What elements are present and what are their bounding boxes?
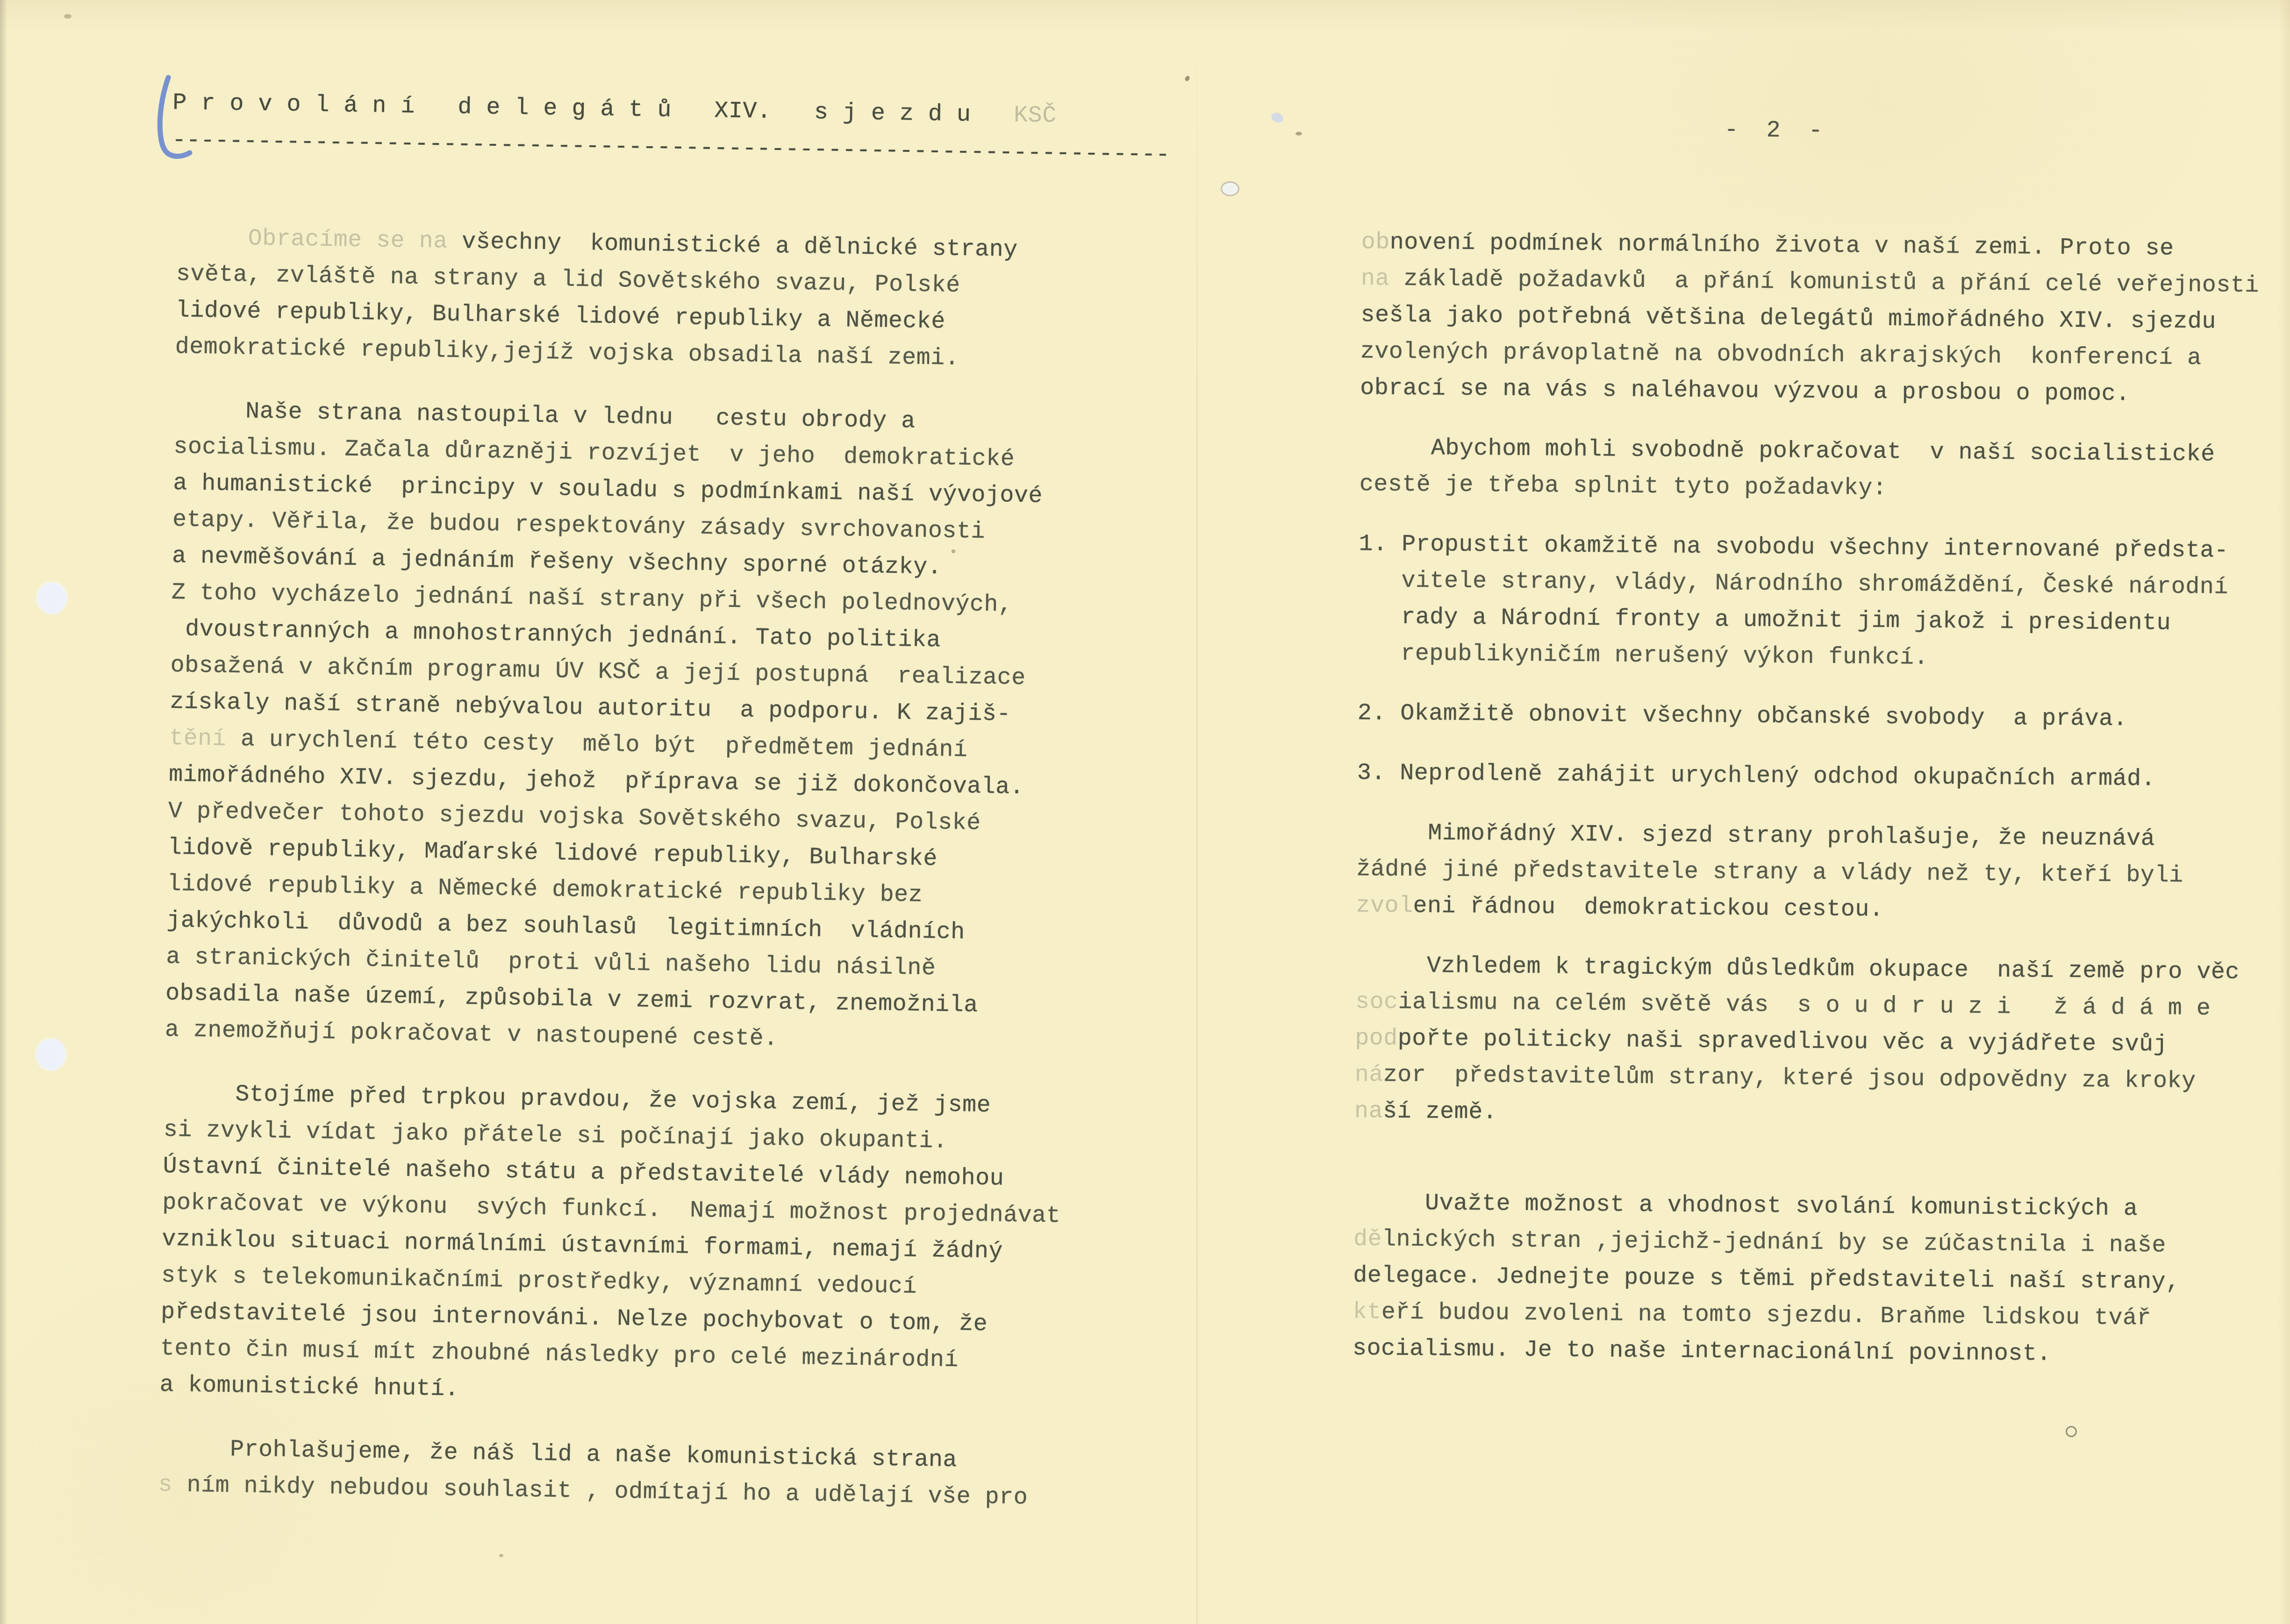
faded-ink-text: Obracíme se na xyxy=(177,224,448,255)
punch-hole xyxy=(37,583,66,613)
text-line: dělnických stran ,jejichž-jednání by se … xyxy=(1353,1221,2282,1265)
ink-ring-mark xyxy=(2066,1426,2077,1437)
document-title: P r o v o l á n í d e l e g á t ů XIV. s… xyxy=(172,86,1178,135)
text-line: zvoleni řádnou demokratickou cestou. xyxy=(1356,888,2284,932)
text-line: naší země. xyxy=(1354,1093,2283,1137)
blue-pencil-checkmark xyxy=(152,74,199,163)
paper-speck xyxy=(64,14,72,19)
faded-ink-text: na xyxy=(1354,1098,1383,1125)
text-line: vitele strany, vlády, Národního shromážd… xyxy=(1359,563,2287,606)
paper-speck xyxy=(1295,132,1302,135)
text-run: ialismu na celém světě vás s o u d r u z… xyxy=(1398,989,2211,1022)
left-page-body: Obracíme se na všechny komunistické a dě… xyxy=(158,220,1176,1518)
paper-speck xyxy=(499,1554,503,1557)
faded-ink-text: kt xyxy=(1353,1299,1381,1325)
text-line: obrací se na vás s naléhavou výzvou a pr… xyxy=(1360,370,2288,414)
text-line: žádné jiné představitele strany a vlády … xyxy=(1356,851,2284,895)
text-line: na základě požadavků a přání komunistů a… xyxy=(1361,261,2289,305)
text-run: novení podmínek normálního života v naší… xyxy=(1390,229,2174,262)
faded-ink-text: dě xyxy=(1353,1226,1382,1253)
text-run: lnických stran ,jejichž-jednání by se zú… xyxy=(1382,1226,2166,1259)
text-run: ší země. xyxy=(1383,1098,1497,1126)
right-page: - 2 - obnovení podmínek normálního život… xyxy=(1340,111,2290,1398)
paper-speck xyxy=(1221,181,1239,196)
left-page: P r o v o l á n í d e l e g á t ů XIV. s… xyxy=(151,86,1178,1546)
punch-hole xyxy=(36,1039,65,1070)
faded-ink-text: soc xyxy=(1355,989,1398,1016)
faded-ink-text: pod xyxy=(1355,1025,1398,1052)
faded-ink-text: na xyxy=(1361,265,1389,292)
text-line: 3. Neprodleně zahájit urychlený odchod o… xyxy=(1357,755,2285,799)
text-line: kteří budou zvoleni na tomto sjezdu. Bra… xyxy=(1353,1294,2281,1338)
text-run: a urychlení této cesty mělo být předměte… xyxy=(226,726,968,764)
paper-speck xyxy=(1270,111,1284,124)
document-title-text: P r o v o l á n í d e l e g á t ů XIV. s… xyxy=(172,90,971,128)
text-run: eří budou zvoleni na tomto sjezdu. Braňm… xyxy=(1381,1299,2152,1332)
faded-ink-text: ob xyxy=(1361,229,1390,256)
list-item: 2. Okamžitě obnovit všechny občanské svo… xyxy=(1358,695,2286,739)
text-run: základě požadavků a přání komunistů a př… xyxy=(1389,266,2259,299)
title-underline: ----------------------------------------… xyxy=(172,127,1177,170)
text-line: zvolených právoplatně na obvodních akraj… xyxy=(1360,334,2289,378)
paragraph: Abychom mohli svobodně pokračovat v naší… xyxy=(1359,430,2287,510)
text-run: pořte politicky naši spravedlivou věc a … xyxy=(1398,1026,2168,1058)
text-run: ním nikdy nebudou souhlasit , odmítají h… xyxy=(172,1472,1028,1511)
text-line: socialismu. Je to naše internacionální p… xyxy=(1353,1331,2281,1375)
list-item: 3. Neprodleně zahájit urychlený odchod o… xyxy=(1357,755,2285,799)
paragraph: Mimořádný XIV. sjezd strany prohlašuje, … xyxy=(1356,815,2284,932)
paper-speck xyxy=(952,549,955,553)
paragraph: Uvažte možnost a vhodnost svolání komuni… xyxy=(1353,1185,2282,1375)
text-line: názor představitelům strany, které jsou … xyxy=(1354,1057,2283,1101)
faded-ink-text: s xyxy=(158,1472,172,1498)
faded-ink-text: ná xyxy=(1355,1061,1383,1088)
paragraph: Prohlašujeme, že náš lid a naše komunist… xyxy=(158,1431,1158,1518)
paragraph: Stojíme před trpkou pravdou, že vojska z… xyxy=(159,1076,1163,1418)
scanned-document-page-spread: P r o v o l á n í d e l e g á t ů XIV. s… xyxy=(0,0,2290,1624)
page-gutter-crease xyxy=(1196,0,1198,1624)
text-line: republikyničím nerušený výkon funkcí. xyxy=(1358,635,2286,679)
faded-ink-text: tění xyxy=(169,725,227,753)
text-run: eni řádnou demokratickou cestou. xyxy=(1413,893,1883,923)
right-page-body: obnovení podmínek normálního života v na… xyxy=(1353,224,2289,1375)
text-line: cestě je třeba splnit tyto požadavky: xyxy=(1359,466,2287,510)
paragraph: Obracíme se na všechny komunistické a dě… xyxy=(175,220,1175,380)
text-line: socialismu na celém světě vás s o u d r … xyxy=(1355,984,2283,1028)
paragraph: obnovení podmínek normálního života v na… xyxy=(1360,224,2289,414)
paragraph: Naše strana nastoupila v lednu cestu obr… xyxy=(165,392,1173,1063)
paper-speck xyxy=(1184,75,1191,82)
text-run: zor představitelům strany, které jsou od… xyxy=(1383,1062,2196,1095)
faded-ink-text: zvol xyxy=(1356,892,1413,919)
page-number: - 2 - xyxy=(1724,114,2290,151)
document-title-faded-text: KSČ xyxy=(971,101,1057,129)
paragraph: Vzhledem k tragickým důsledkům okupace n… xyxy=(1354,947,2283,1137)
text-run: všechny komunistické a dělnické strany xyxy=(447,228,1018,264)
text-line: 2. Okamžitě obnovit všechny občanské svo… xyxy=(1358,695,2286,739)
list-item: 1. Propustit okamžitě na svobodu všechny… xyxy=(1358,526,2287,679)
